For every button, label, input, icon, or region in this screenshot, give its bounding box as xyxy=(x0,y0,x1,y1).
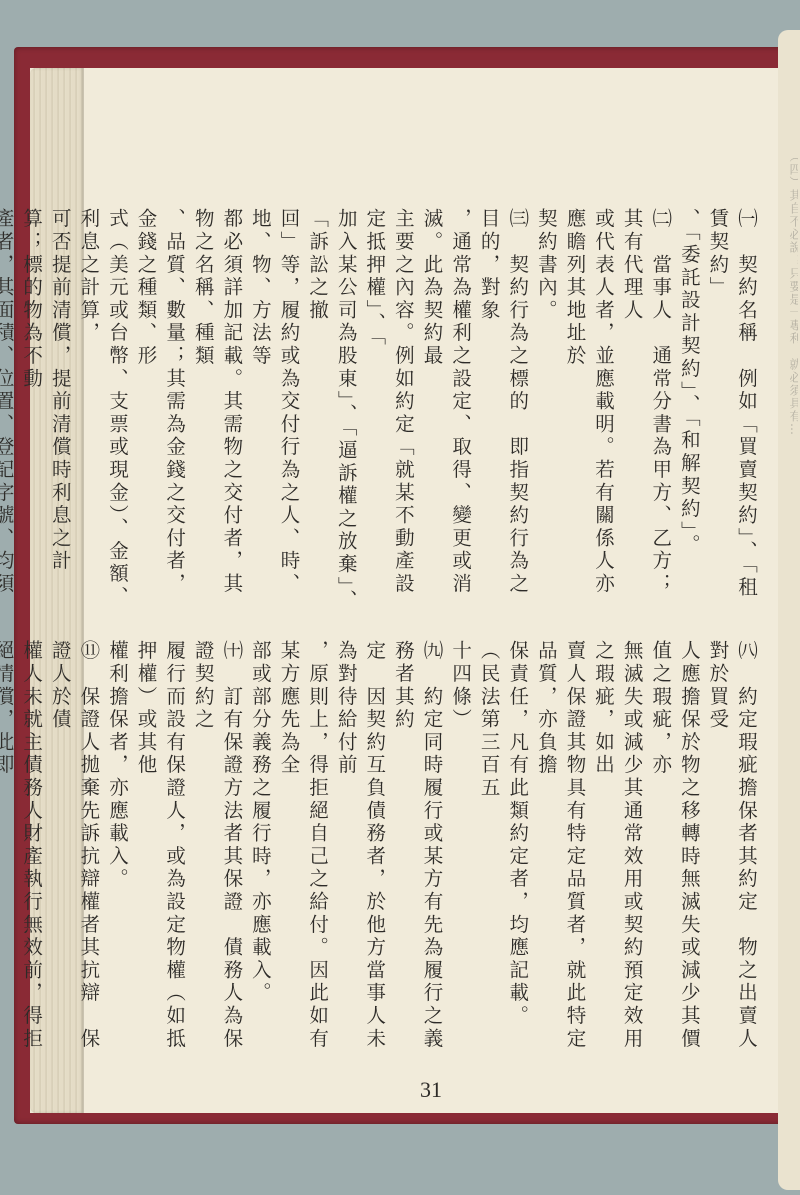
item-3-line-10: 產者，其面積、位置、登記字號、均須逐一書明。 xyxy=(0,208,17,613)
item-heading: 約定瑕疵擔保者其約定 xyxy=(735,686,758,914)
item-1-line-2: 、「委託設計契約」、「和解契約」。 xyxy=(674,208,703,613)
item-heading: 保證人拋棄先訴抗辯權者其抗辯 xyxy=(77,686,100,1005)
item-3-line-8: 式（美元或台幣、支票或現金）、金額、利息之計算， xyxy=(74,208,131,613)
item-3-line-1: ㈢ 契約行為之標的 即指契約行為之目的，對象 xyxy=(474,208,531,613)
item-8-line-6: 十四條） xyxy=(445,640,474,1060)
item-number: ㈨ xyxy=(420,640,443,663)
item-10-line-1: ㈩ 訂有保證方法者其保證 債務人為保證契約之 xyxy=(188,640,245,1060)
item-3-line-2: ，通常為權利之設定、取得、變更或消滅。此為契約最 xyxy=(417,208,474,613)
item-8-line-2: 人應擔保於物之移轉時無滅失或減少其價值之瑕疵，亦 xyxy=(646,640,703,1060)
item-10-line-2: 履行而設有保證人，或為設定物權（如抵押權）或其他 xyxy=(131,640,188,1060)
item-9-line-4: 部或部分義務之履行時，亦應載入。 xyxy=(245,640,274,1060)
item-heading: 契約名稱 xyxy=(735,254,758,345)
item-3-line-4: 加入某公司為股東」、「逼訴權之放棄」、「訴訟之撤 xyxy=(303,208,360,613)
item-heading: 當事人 xyxy=(649,254,672,322)
item-8-line-3: 無滅失或減少其通常效用或契約預定效用之瑕疵，如出 xyxy=(588,640,645,1060)
item-heading: 契約行為之標的 xyxy=(506,254,529,414)
item-10-line-3: 權利擔保者，亦應載入。 xyxy=(102,640,131,1060)
item-2-line-1: ㈡ 當事人 通常分書為甲方、乙方；其有代理人 xyxy=(617,208,674,613)
item-11-line-1: ⑪ 保證人拋棄先訴抗辯權者其抗辯 保證人於債 xyxy=(45,640,102,1060)
item-number: ㈡ xyxy=(649,208,672,231)
item-heading: 約定同時履行或某方有先為履行之義務者其約 xyxy=(392,640,444,1050)
item-9-line-1: ㈨ 約定同時履行或某方有先為履行之義務者其約 xyxy=(388,640,445,1060)
item-9-line-3: ，原則上，得拒絕自己之給付。因此如有某方應先為全 xyxy=(274,640,331,1060)
item-heading: 訂有保證方法者其保證 xyxy=(220,686,243,914)
item-8-line-5: 保責任，凡有此類約定者，均應記載。（民法第三百五 xyxy=(474,640,531,1060)
item-number: ㈠ xyxy=(735,208,758,231)
item-11-line-2: 權人未就主債務人財產執行無效前，得拒絕清償，此即 xyxy=(0,640,45,1060)
next-page-edge: （四）其自不必說；只要是一專利，就必須具有… xyxy=(778,30,800,1190)
item-number: ㈢ xyxy=(506,208,529,231)
item-3-line-6: 都必須詳加記載。其需物之交付者，其物之名稱、種類 xyxy=(188,208,245,613)
item-number: ㈧ xyxy=(735,640,758,663)
item-2-line-2: 或代表人者，並應載明。若有關係人亦應瞻列其地址於 xyxy=(560,208,617,613)
bleed-through-text: （四）其自不必說；只要是一專利，就必須具有… xyxy=(780,150,798,1150)
item-8-line-1: ㈧ 約定瑕疵擔保者其約定 物之出賣人對於買受 xyxy=(703,640,760,1060)
item-8-line-4: 賣人保證其物具有特定品質者，就此特定品質，亦負擔 xyxy=(531,640,588,1060)
page-number: 31 xyxy=(420,1077,442,1103)
item-number: ⑪ xyxy=(77,640,100,663)
top-text-block: ㈠ 契約名稱 例如「買賣契約」、「租賃契約」 、「委託設計契約」、「和解契約」。… xyxy=(0,208,760,613)
item-1-line-1: ㈠ 契約名稱 例如「買賣契約」、「租賃契約」 xyxy=(703,208,760,613)
item-3-line-7: 、品質、數量；其需為金錢之交付者，金錢之種類、形 xyxy=(131,208,188,613)
item-3-line-3: 主要之內容。例如約定「就某不動產設定抵押權」、「 xyxy=(360,208,417,613)
item-number: ㈩ xyxy=(220,640,243,663)
item-3-line-5: 回」等，履約或為交付行為之人、時、地、物、方法等 xyxy=(245,208,302,613)
item-text: 因契約互負債務者，於他方當事人未為對待給付前 xyxy=(335,640,387,1050)
bottom-text-block: ㈧ 約定瑕疵擔保者其約定 物之出賣人對於買受 人應擔保於物之移轉時無滅失或減少其… xyxy=(0,640,760,1060)
item-3-line-9: 可否提前清償，提前清償時利息之計算；標的物為不動 xyxy=(17,208,74,613)
item-9-line-2: 定 因契約互負債務者，於他方當事人未為對待給付前 xyxy=(331,640,388,1060)
item-2-line-3: 契約書內。 xyxy=(531,208,560,613)
item-text: 定 xyxy=(363,640,386,663)
